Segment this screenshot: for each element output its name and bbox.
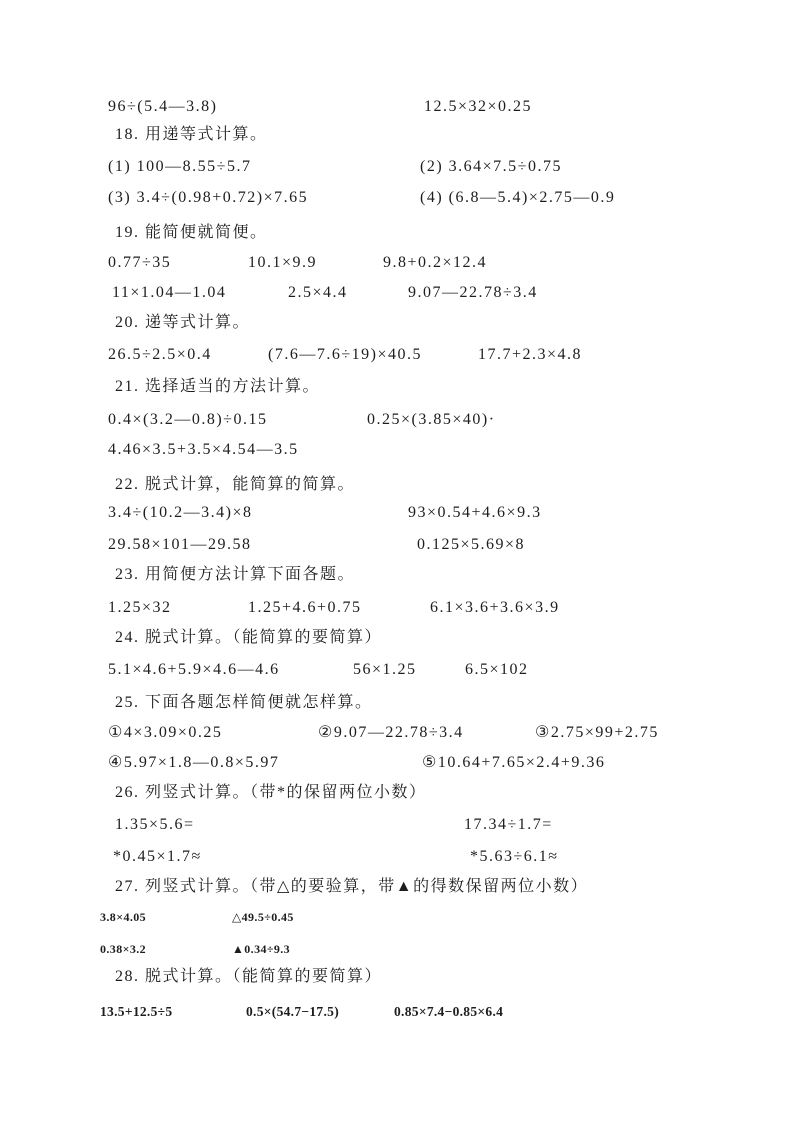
math-expression: 93×0.54+4.6×9.3 xyxy=(408,503,542,522)
math-expression: 0.5×(54.7−17.5) xyxy=(246,1002,339,1021)
math-expression: ②9.07—22.78÷3.4 xyxy=(318,723,464,742)
math-expression: 10.1×9.9 xyxy=(248,253,317,272)
math-expression: 6.5×102 xyxy=(465,660,529,679)
math-expression: 17.7+2.3×4.8 xyxy=(478,345,582,364)
math-expression: △49.5÷0.45 xyxy=(232,908,294,927)
math-expression: 0.25×(3.85×40)· xyxy=(367,410,496,429)
math-expression: 1.25×32 xyxy=(108,598,172,617)
math-expression: (3) 3.4÷(0.98+0.72)×7.65 xyxy=(108,188,308,207)
section-heading: 23. 用简便方法计算下面各题。 xyxy=(115,565,355,584)
section-heading: 20. 递等式计算。 xyxy=(115,313,250,332)
section-heading: 24. 脱式计算。（能简算的要简算） xyxy=(115,628,382,647)
section-heading: 22. 脱式计算，能简算的简算。 xyxy=(115,475,355,494)
math-expression: 0.85×7.4−0.85×6.4 xyxy=(394,1002,503,1021)
math-expression: (2) 3.64×7.5÷0.75 xyxy=(420,157,562,176)
math-expression: *5.63÷6.1≈ xyxy=(470,847,559,866)
math-expression: 2.5×4.4 xyxy=(288,283,348,302)
math-expression: 0.77÷35 xyxy=(108,253,171,272)
math-expression: (1) 100—8.55÷5.7 xyxy=(108,157,251,176)
section-heading: 26. 列竖式计算。（带*的保留两位小数） xyxy=(115,783,427,802)
math-expression: ④5.97×1.8—0.8×5.97 xyxy=(108,753,279,772)
math-expression: 17.34÷1.7= xyxy=(464,815,553,834)
math-expression: 11×1.04—1.04 xyxy=(112,283,226,302)
math-expression: 4.46×3.5+3.5×4.54—3.5 xyxy=(108,440,299,459)
math-expression: ①4×3.09×0.25 xyxy=(108,723,222,742)
math-expression: 29.58×101—29.58 xyxy=(108,535,252,554)
math-expression: 56×1.25 xyxy=(353,660,417,679)
math-expression: 26.5÷2.5×0.4 xyxy=(108,345,212,364)
section-heading: 25. 下面各题怎样简便就怎样算。 xyxy=(115,693,373,712)
math-expression: 3.8×4.05 xyxy=(100,908,146,927)
section-heading: 18. 用递等式计算。 xyxy=(115,125,268,144)
math-expression: 96÷(5.4—3.8) xyxy=(108,97,217,116)
math-expression: 3.4÷(10.2—3.4)×8 xyxy=(108,503,252,522)
section-heading: 28. 脱式计算。（能简算的要简算） xyxy=(115,967,382,986)
math-expression: 13.5+12.5÷5 xyxy=(100,1002,172,1021)
math-expression: (7.6—7.6÷19)×40.5 xyxy=(268,345,422,364)
math-expression: (4) (6.8—5.4)×2.75—0.9 xyxy=(420,188,615,207)
math-expression: 0.4×(3.2—0.8)÷0.15 xyxy=(108,410,267,429)
math-expression: 9.07—22.78÷3.4 xyxy=(408,283,538,302)
math-expression: 1.35×5.6= xyxy=(115,815,195,834)
worksheet-page: 96÷(5.4—3.8)12.5×32×0.2518. 用递等式计算。(1) 1… xyxy=(0,0,793,1122)
math-expression: ▲0.34÷9.3 xyxy=(232,940,290,959)
math-expression: 6.1×3.6+3.6×3.9 xyxy=(430,598,560,617)
math-expression: 1.25+4.6+0.75 xyxy=(248,598,362,617)
math-expression: 5.1×4.6+5.9×4.6—4.6 xyxy=(108,660,280,679)
math-expression: 0.38×3.2 xyxy=(100,940,146,959)
math-expression: 9.8+0.2×12.4 xyxy=(383,253,487,272)
math-expression: ③2.75×99+2.75 xyxy=(535,723,659,742)
math-expression: ⑤10.64+7.65×2.4+9.36 xyxy=(422,753,605,772)
section-heading: 27. 列竖式计算。（带△的要验算，带▲的得数保留两位小数） xyxy=(115,877,588,896)
section-heading: 21. 选择适当的方法计算。 xyxy=(115,377,320,396)
math-expression: 0.125×5.69×8 xyxy=(417,535,525,554)
math-expression: *0.45×1.7≈ xyxy=(113,847,202,866)
section-heading: 19. 能简便就简便。 xyxy=(115,223,268,242)
math-expression: 12.5×32×0.25 xyxy=(424,97,532,116)
